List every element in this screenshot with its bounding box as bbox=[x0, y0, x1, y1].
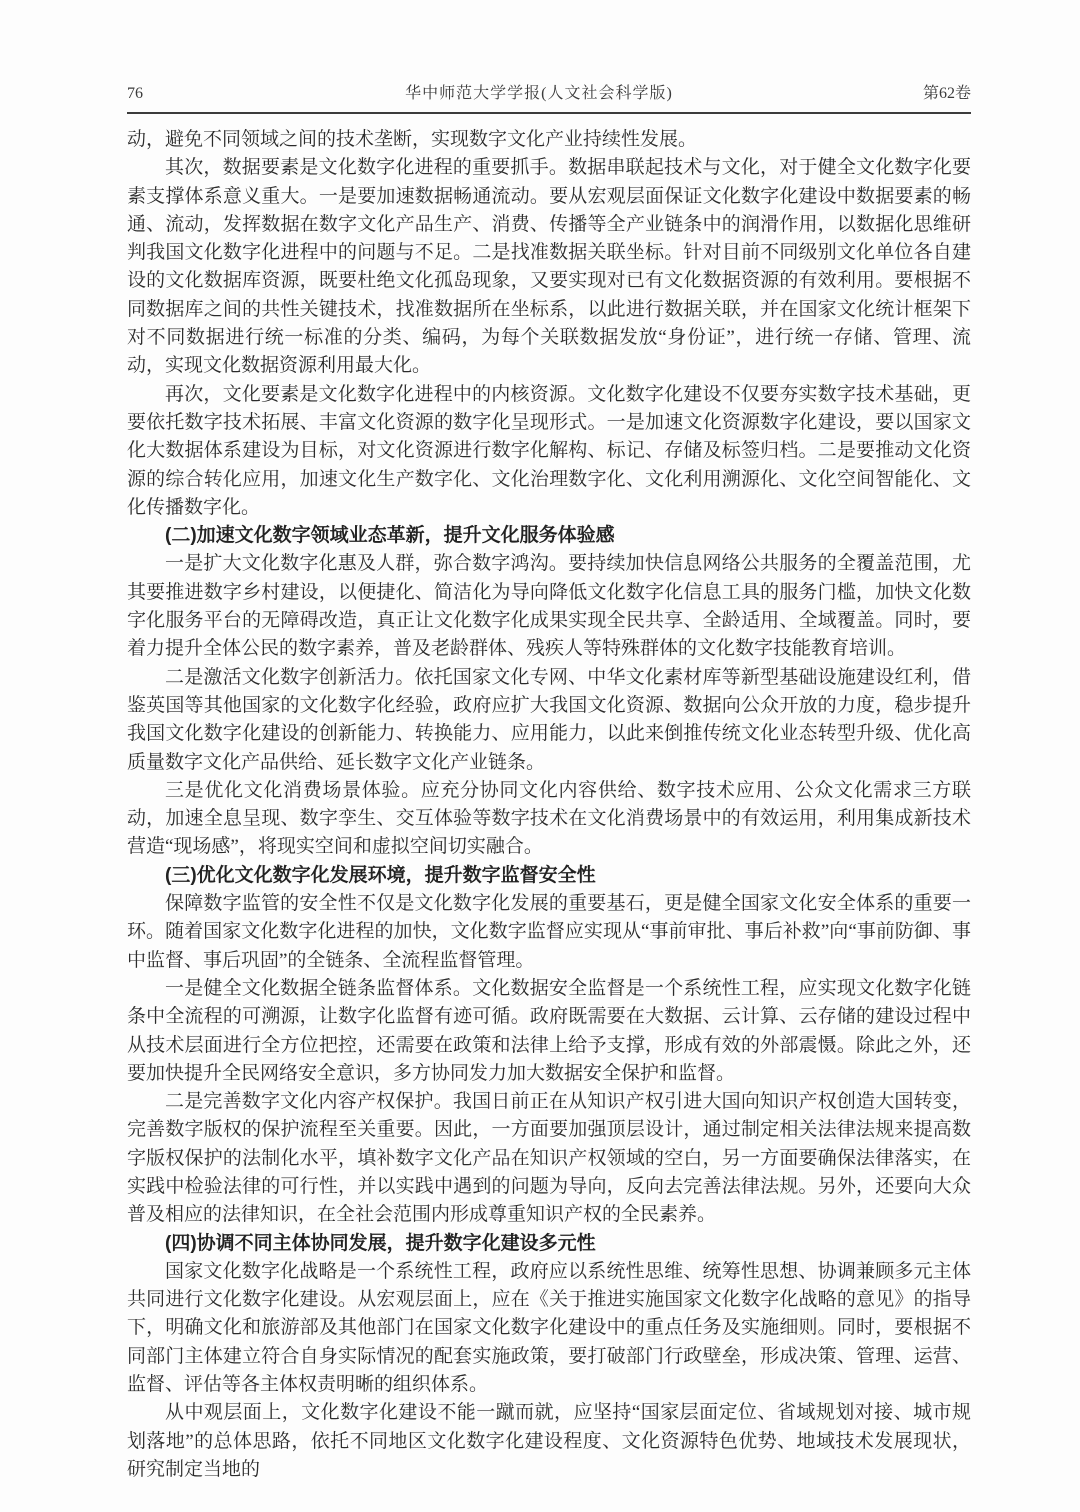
paragraph: 国家文化数字化战略是一个系统性工程，政府应以系统性思维、统筹性思想、协调兼顾多元… bbox=[127, 1258, 971, 1399]
journal-page: 76 华中师范大学学报(人文社会科学版) 第62卷 动，避免不同领域之间的技术垄… bbox=[0, 0, 1080, 1512]
page-number: 76 bbox=[127, 85, 187, 103]
journal-title: 华中师范大学学报(人文社会科学版) bbox=[187, 80, 891, 103]
article-body: 动，避免不同领域之间的技术垄断，实现数字文化产业持续性发展。 其次，数据要素是文… bbox=[127, 126, 971, 1484]
section-heading-3: (三)优化文化数字化发展环境，提升数字监督安全性 bbox=[127, 862, 971, 890]
running-head: 76 华中师范大学学报(人文社会科学版) 第62卷 bbox=[127, 80, 971, 103]
paragraph: 从中观层面上，文化数字化建设不能一蹴而就，应坚持“国家层面定位、省域规划对接、城… bbox=[127, 1399, 971, 1484]
paragraph: 其次，数据要素是文化数字化进程的重要抓手。数据串联起技术与文化，对于健全文化数字… bbox=[127, 154, 971, 380]
paragraph: 二是激活文化数字创新活力。依托国家文化专网、中华文化素材库等新型基础设施建设红利… bbox=[127, 664, 971, 777]
paragraph: 二是完善数字文化内容产权保护。我国日前正在从知识产权引进大国向知识产权创造大国转… bbox=[127, 1088, 971, 1229]
paragraph: 再次，文化要素是文化数字化进程中的内核资源。文化数字化建设不仅要夯实数字技术基础… bbox=[127, 381, 971, 522]
header-divider bbox=[127, 112, 971, 114]
section-heading-2: (二)加速文化数字领域业态革新，提升文化服务体验感 bbox=[127, 522, 971, 550]
paragraph: 一是扩大文化数字化惠及人群，弥合数字鸿沟。要持续加快信息网络公共服务的全覆盖范围… bbox=[127, 550, 971, 663]
paragraph: 三是优化文化消费场景体验。应充分协同文化内容供给、数字技术应用、公众文化需求三方… bbox=[127, 777, 971, 862]
paragraph: 保障数字监管的安全性不仅是文化数字化发展的重要基石，更是健全国家文化安全体系的重… bbox=[127, 890, 971, 975]
paragraph: 一是健全文化数据全链条监督体系。文化数据安全监督是一个系统性工程，应实现文化数字… bbox=[127, 975, 971, 1088]
paragraph-continuation: 动，避免不同领域之间的技术垄断，实现数字文化产业持续性发展。 bbox=[127, 126, 971, 154]
volume-label: 第62卷 bbox=[891, 80, 971, 103]
section-heading-4: (四)协调不同主体协同发展，提升数字化建设多元性 bbox=[127, 1230, 971, 1258]
